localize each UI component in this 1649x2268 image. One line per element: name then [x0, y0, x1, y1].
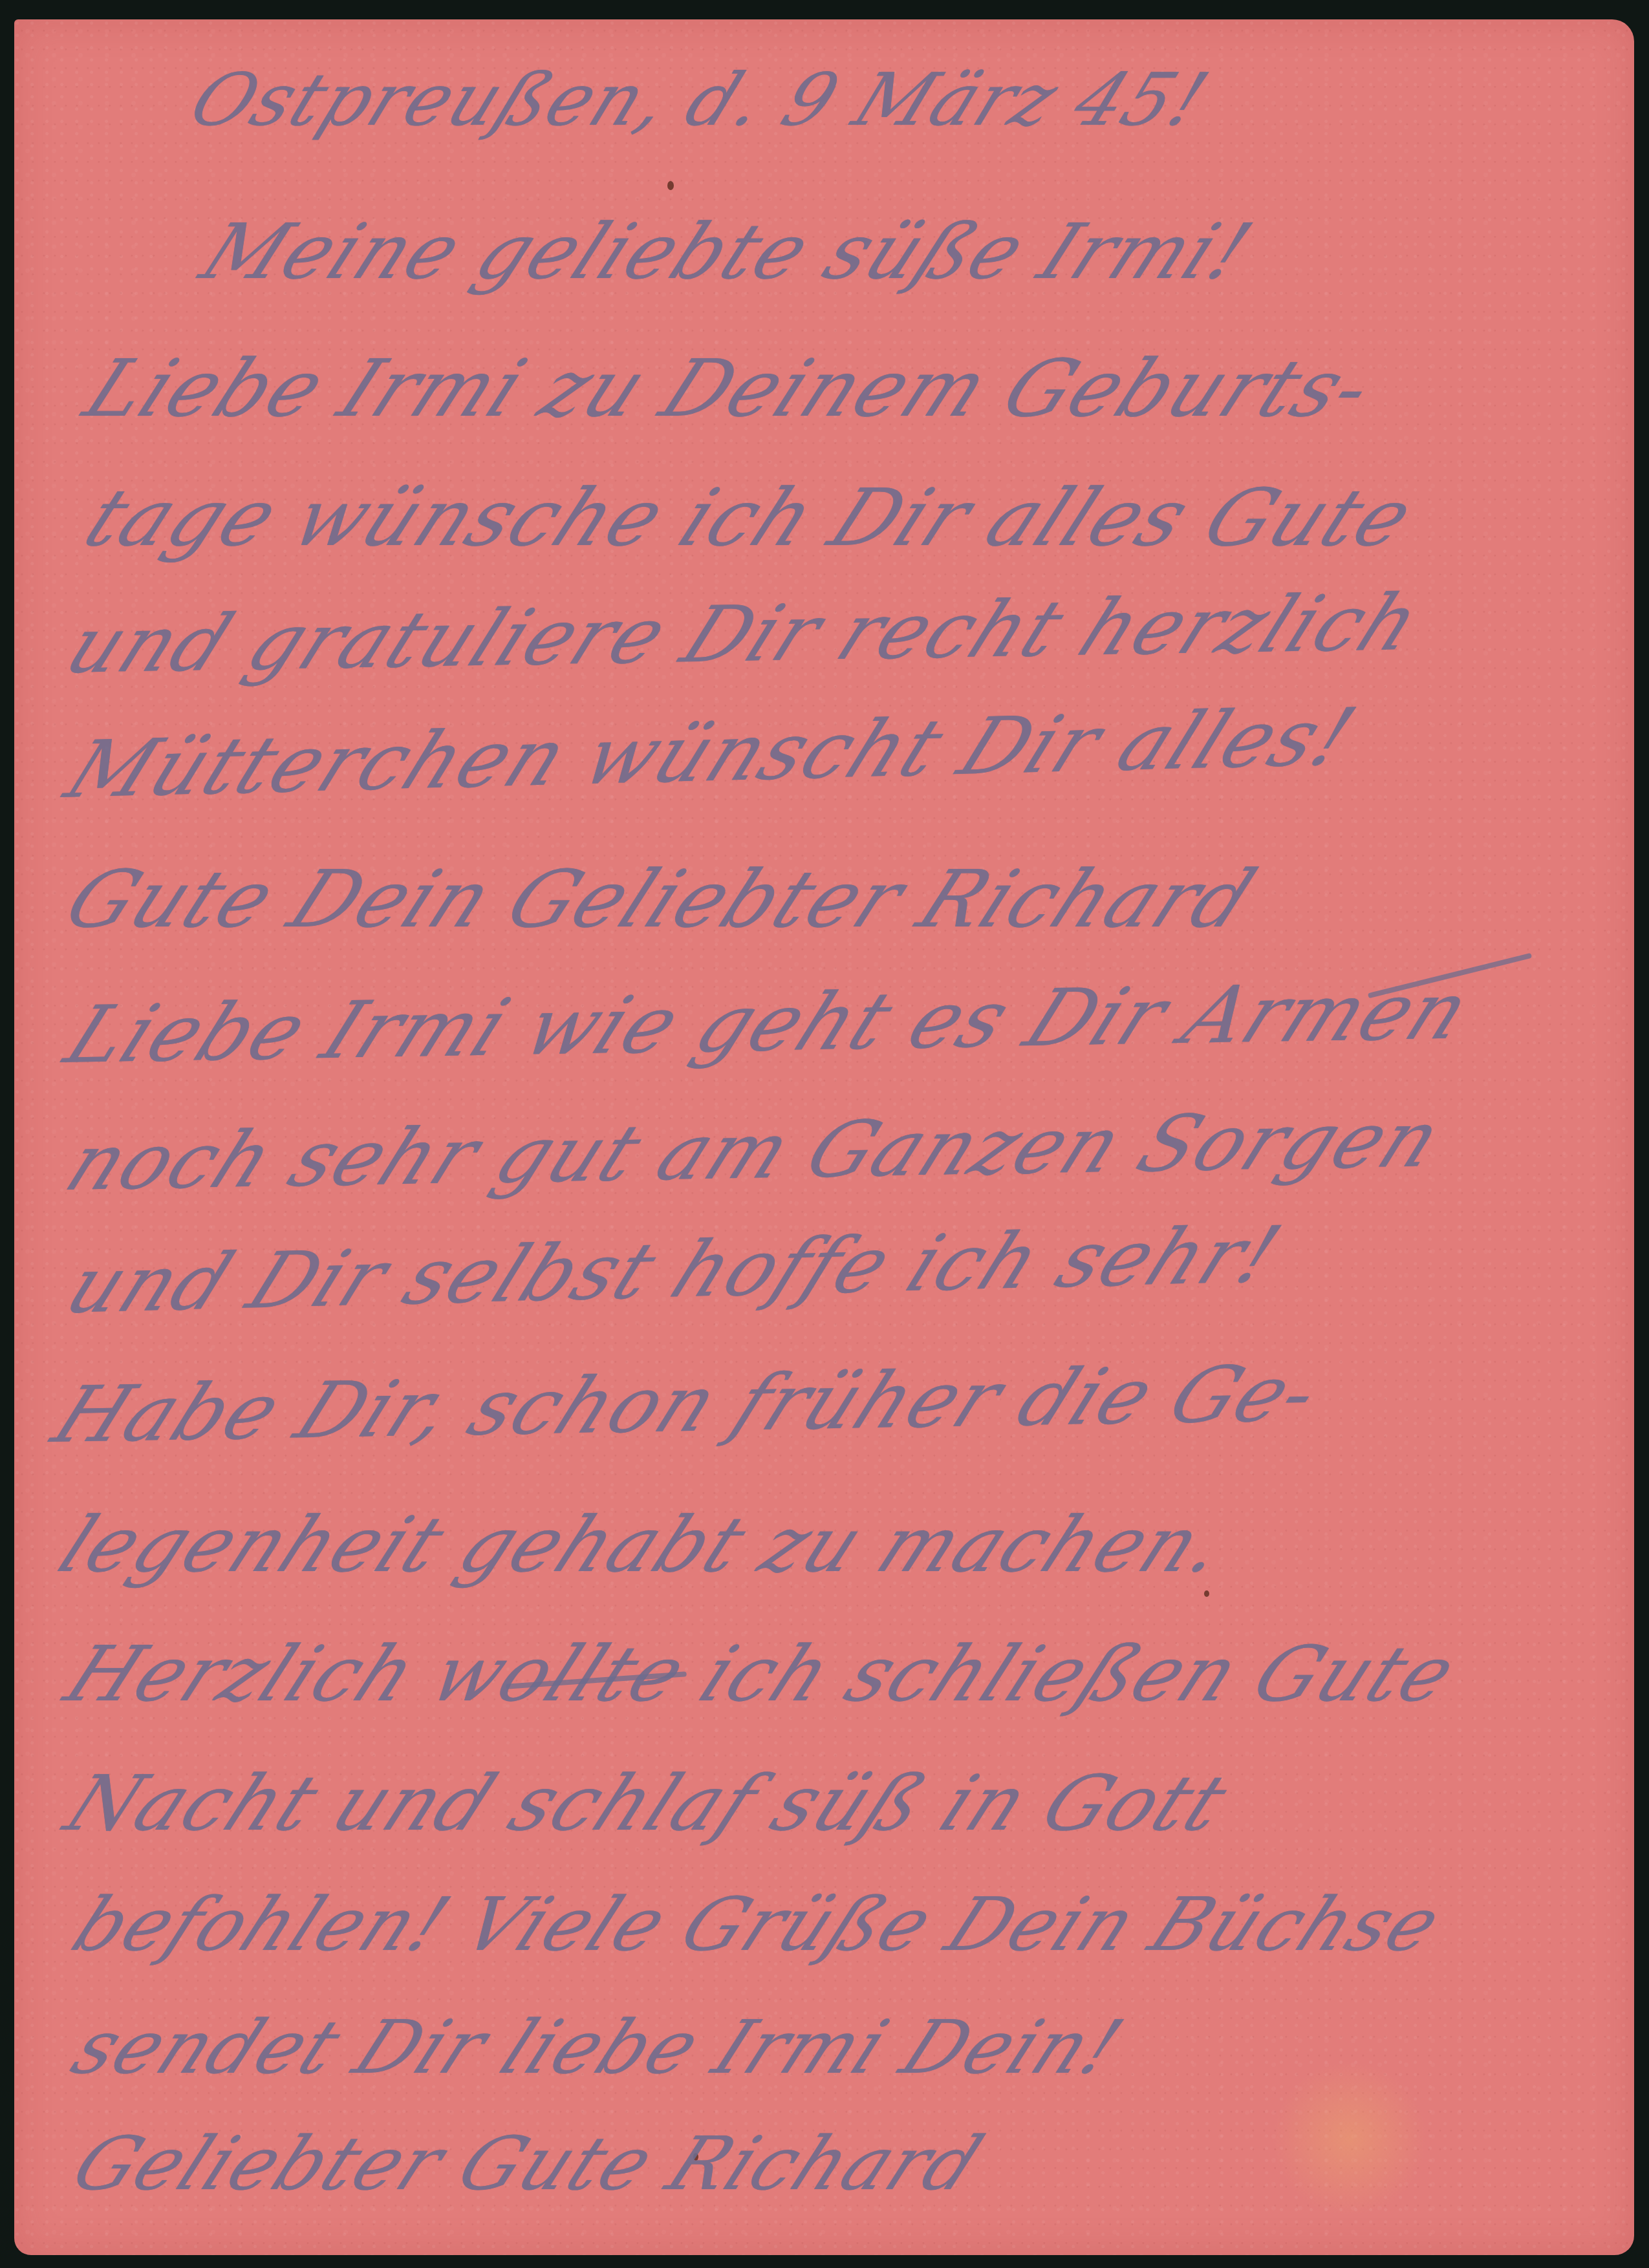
text-line: und gratuliere Dir recht herzlich [53, 578, 1434, 691]
text-line: Liebe Irmi zu Deinem Geburts- [71, 343, 1388, 434]
text-line: tage wünsche ich Dir alles Gute [71, 472, 1428, 564]
text-line: befohlen! Viele Grüße Dein Büchse [59, 1881, 1455, 1967]
text-line: legenheit gehabt zu machen. [46, 1500, 1241, 1589]
text-line: Habe Dir, schon früher die Ge- [40, 1349, 1333, 1460]
closing-signature-line: Geliebter Gute Richard [59, 2121, 996, 2207]
text-line: noch sehr gut am Ganzen Sorgen [53, 1095, 1455, 1208]
postcard: Ostpreußen, d. 9 März 45! Meine geliebte… [14, 19, 1634, 2255]
date-line: Ostpreußen, d. 9 März 45! [178, 58, 1221, 142]
text-line: sendet Dir liebe Irmi Dein! [59, 2004, 1137, 2090]
paper-speck [667, 181, 674, 190]
text-line: Liebe Irmi wie geht es Dir Armen [53, 965, 1485, 1081]
text-line: Herzlich wollte ich schließen Gute [52, 1629, 1471, 1718]
text-line: Mütterchen wünscht Dir alles! [53, 691, 1370, 816]
paper-speck [1204, 1590, 1209, 1597]
paper-stain [1272, 2061, 1427, 2216]
text-line: Nacht und schlaf süß in Gott [52, 1759, 1242, 1848]
text-line: und Dir selbst hoffe ich sehr! [54, 1210, 1294, 1331]
salutation-line: Meine geliebte süße Irmi! [188, 207, 1266, 296]
text-line: Gute Dein Geliebter Richard [52, 853, 1269, 945]
